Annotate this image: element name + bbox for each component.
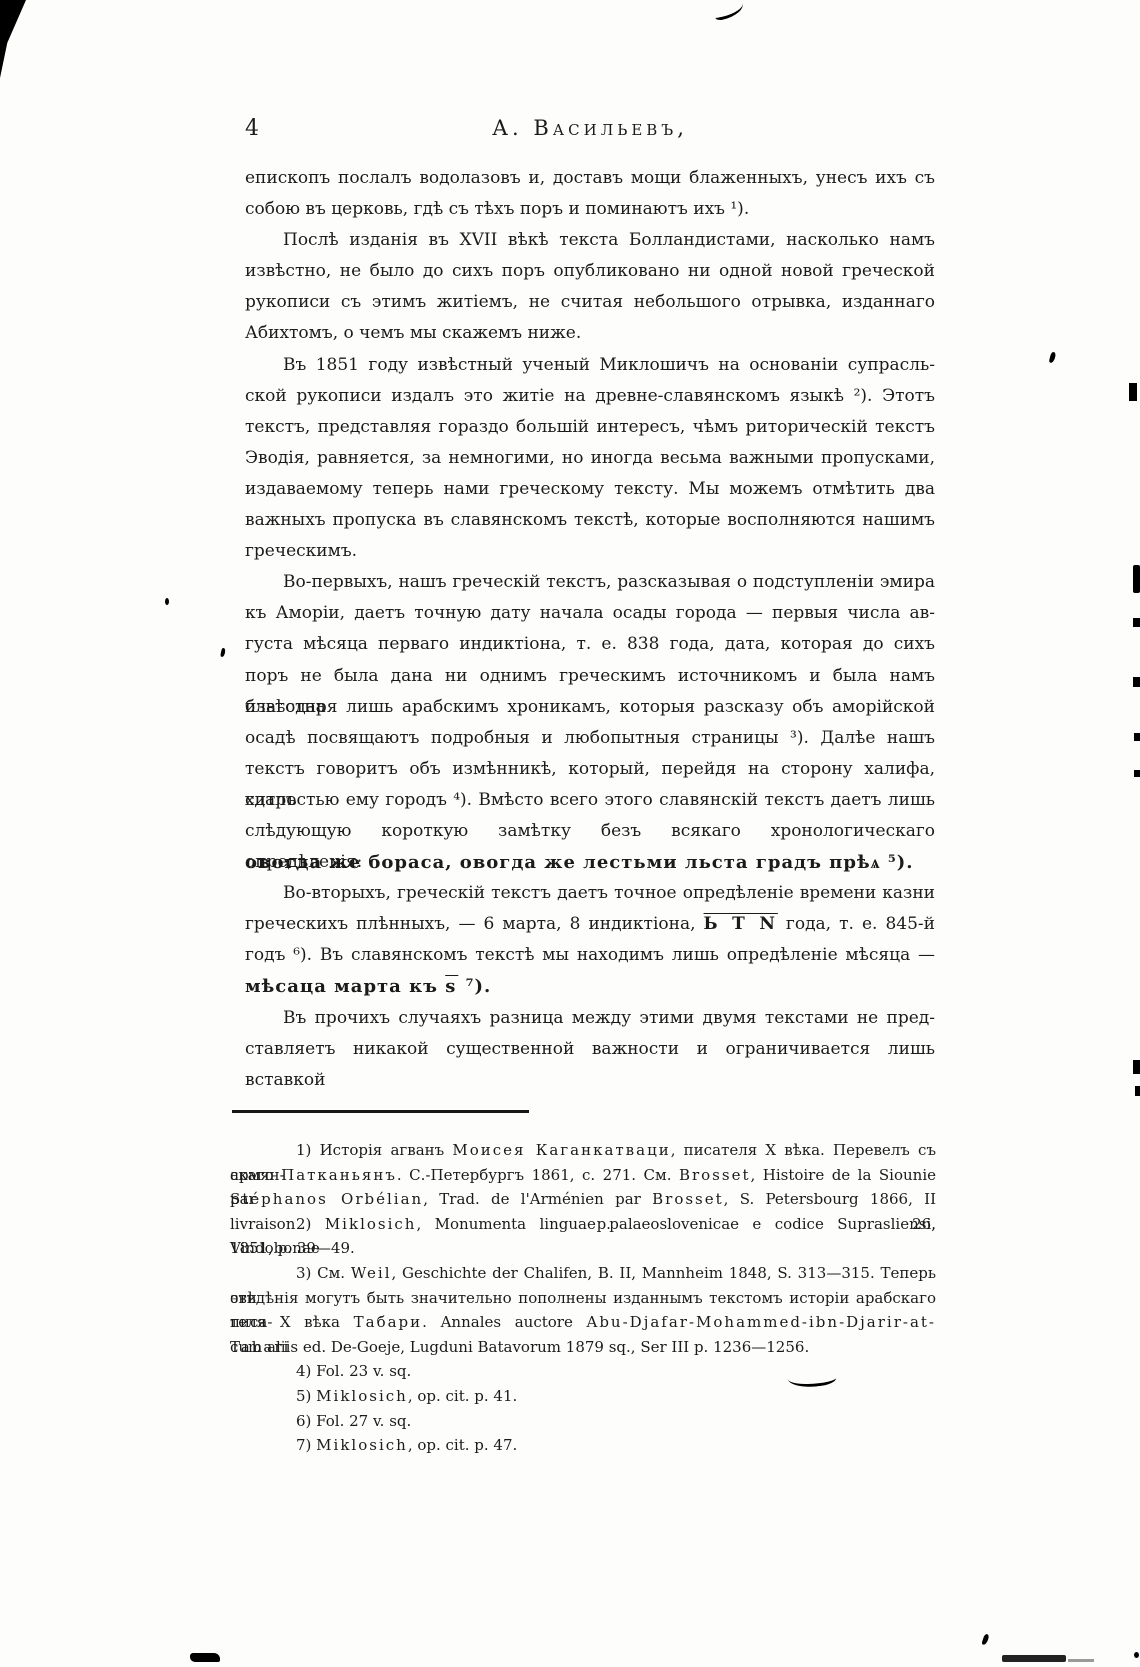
scan-artifact-edge-mark [1133, 1060, 1140, 1074]
footnote-separator-rule [232, 1110, 529, 1113]
text-line: 5) Miklosich, op. cit. p. 41. [230, 1384, 936, 1409]
text-line: хитростью ему городъ ⁴). Вмѣсто всего эт… [245, 785, 935, 816]
text-line: епископъ послалъ водолазовъ и, доставъ м… [245, 163, 935, 194]
scan-artifact-bottom-bar [1002, 1655, 1066, 1662]
text-line: Stéphanos Orbélian, Trad. de l'Arménien … [230, 1187, 936, 1212]
text-line: Во-вторыхъ, греческій текстъ даетъ точно… [245, 878, 935, 909]
text-line: теля X вѣка Табари. Annales auctore Abu-… [230, 1310, 936, 1335]
scan-artifact-bottom-blob [190, 1653, 220, 1662]
scan-artifact-speck [1134, 1652, 1139, 1658]
scan-artifact-edge-mark [1134, 770, 1140, 777]
text-line: 2) Miklosich, Monumenta linguae palaeosl… [230, 1212, 936, 1237]
scan-artifact-edge-mark [1133, 565, 1140, 593]
text-line: 1851, p. 39—49. [230, 1236, 936, 1261]
scan-artifact-edge-mark [1134, 733, 1140, 741]
scan-artifact-corner-fold [0, 0, 26, 78]
text-line: текстъ говоритъ объ измѣнникѣ, который, … [245, 754, 935, 785]
text-line: свѣдѣнія могутъ быть значительно пополне… [230, 1286, 936, 1311]
scan-artifact-speck [1049, 352, 1057, 364]
scanned-book-page: 4 А. Васильевъ, епископъ послалъ водолаз… [0, 0, 1140, 1667]
text-line: извѣстно, не было до сихъ поръ опубликов… [245, 256, 935, 287]
text-line: рукописи съ этимъ житіемъ, не считая неб… [245, 287, 935, 318]
text-line: Послѣ изданія въ XVII вѣкѣ текста Боллан… [245, 225, 935, 256]
text-line: собою въ церковь, гдѣ съ тѣхъ поръ и пом… [245, 194, 935, 225]
scan-artifact-speck [981, 1633, 989, 1645]
scan-artifact-edge-mark [1135, 1086, 1140, 1096]
text-line: осадѣ посвящаютъ подробныя и любопытныя … [245, 723, 935, 754]
text-line: овогда же бораса, овогда же лестьми льст… [245, 847, 935, 878]
text-line: поръ не была дана ни однимъ греческимъ и… [245, 661, 935, 692]
main-text-block: епископъ послалъ водолазовъ и, доставъ м… [245, 163, 935, 1065]
text-line: ставляетъ никакой существенной важности … [245, 1034, 935, 1065]
text-line: греческихъ плѣнныхъ, — 6 марта, 8 индикт… [245, 909, 935, 940]
text-line: 3) См. Weil, Geschichte der Chalifen, B.… [230, 1261, 936, 1286]
scan-artifact-edge-mark [1133, 677, 1140, 687]
text-line: Въ прочихъ случаяхъ разница между этими … [245, 1003, 935, 1034]
footnotes-block: 1) Исторія агванъ Моисея Каганкатваци, п… [230, 1138, 936, 1458]
text-line: текстъ, представляя гораздо большій инте… [245, 412, 935, 443]
text-line: Абихтомъ, о чемъ мы скажемъ ниже. [245, 318, 935, 349]
text-line: издаваемому теперь нами греческому текст… [245, 474, 935, 505]
text-line: cum aliis ed. De-Goeje, Lugduni Batavoru… [230, 1335, 936, 1360]
text-line: греческимъ. [245, 536, 935, 567]
scan-artifact-bottom-bar-faint [1068, 1659, 1094, 1662]
page-header: 4 А. Васильевъ, [245, 116, 935, 148]
text-line: ской рукописи издалъ это житіе на древне… [245, 381, 935, 412]
scan-artifact-speck [220, 648, 226, 658]
text-line: скаго Патканьянъ. С.-Петербургъ 1861, с.… [230, 1163, 936, 1188]
text-line: слѣдующую короткую замѣтку безъ всякаго … [245, 816, 935, 847]
text-line: къ Аморіи, даетъ точную дату начала осад… [245, 598, 935, 629]
scan-artifact-pen-stroke-top [713, 0, 746, 21]
scan-artifact-speck [165, 598, 169, 605]
scan-artifact-edge-mark [1129, 383, 1137, 401]
text-line: 7) Miklosich, op. cit. p. 47. [230, 1433, 936, 1458]
text-line: густа мѣсяца перваго индиктіона, т. е. 8… [245, 629, 935, 660]
text-line: мѣсаца марта къ ѕ ⁷). [245, 971, 935, 1002]
text-line: Эводія, равняется, за немногими, но иног… [245, 443, 935, 474]
text-line: годъ ⁶). Въ славянскомъ текстѣ мы находи… [245, 940, 935, 971]
text-line: важныхъ пропуска въ славянскомъ текстѣ, … [245, 505, 935, 536]
text-line: Въ 1851 году извѣстный ученый Миклошичъ … [245, 350, 935, 381]
scan-artifact-edge-mark [1133, 618, 1140, 627]
text-line: 1) Исторія агванъ Моисея Каганкатваци, п… [230, 1138, 936, 1163]
running-title: А. Васильевъ, [245, 116, 935, 140]
text-line: Во-первыхъ, нашъ греческій текстъ, разск… [245, 567, 935, 598]
text-line: благодаря лишь арабскимъ хроникамъ, кото… [245, 692, 935, 723]
text-line: 6) Fol. 27 v. sq. [230, 1409, 936, 1434]
